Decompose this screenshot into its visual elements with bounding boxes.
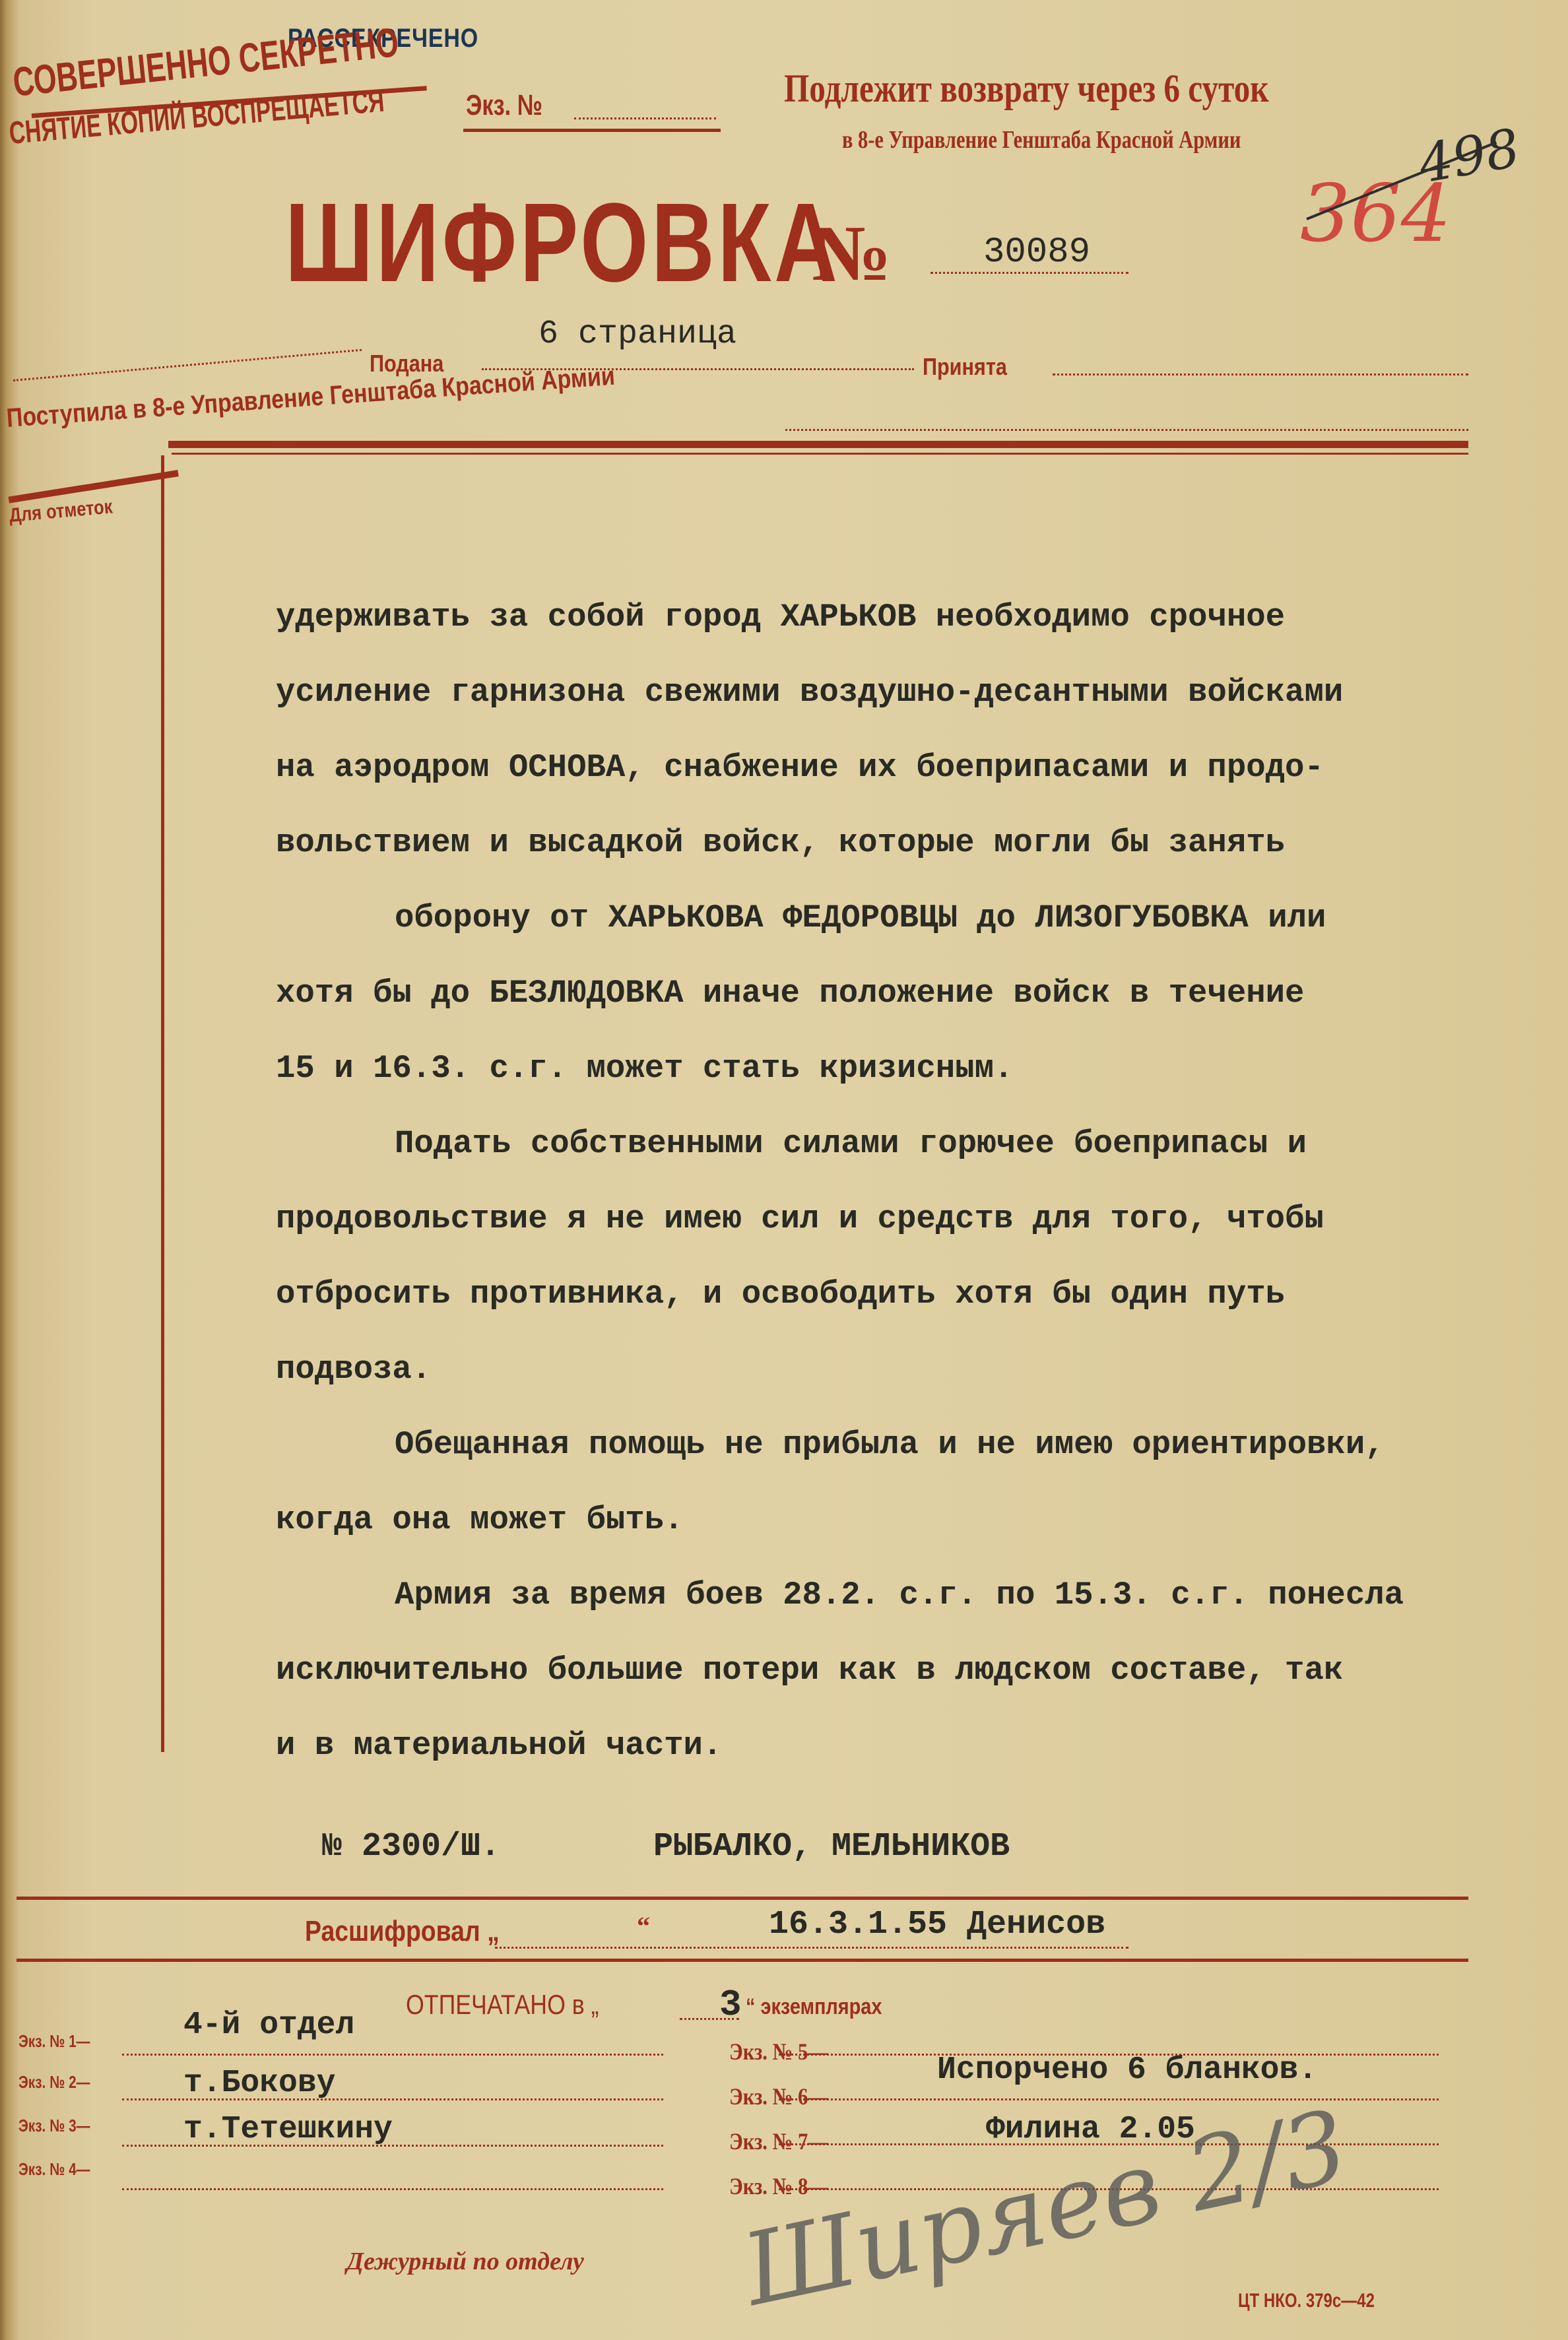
body-line: хотя бы до БЕЗЛЮДОВКА иначе положение во… [276,956,1556,1031]
body-line: подвоза. [276,1332,1556,1407]
decoded-top-rule [16,1897,1468,1900]
signatories: РЫБАЛКО, МЕЛЬНИКОВ [653,1828,1010,1866]
accepted-field[interactable] [1053,374,1468,375]
copy-recipient-1: 4-й отдел [183,2007,354,2043]
submitted-field[interactable] [13,349,362,381]
decoded-field[interactable] [495,1947,1128,1949]
body-line: вольствием и высадкой войск, которые мог… [276,805,1556,880]
body-line: 15 и 16.3. с.г. может стать кризисным. [276,1031,1556,1106]
copy-recipient-2: т.Бокову [183,2065,335,2101]
body-line: Подать собственными силами горючее боепр… [276,1106,1556,1181]
copy-label-7: Экз. № 7— [729,2128,828,2155]
decoded-bottom-rule [16,1959,1468,1962]
copy-line-4[interactable] [122,2188,663,2190]
copy-number-rule [463,129,721,132]
copy-line-1[interactable] [122,2054,663,2056]
return-department: в 8-е Управление Генштаба Красной Армии [842,125,1241,154]
decoded-quote: “ [637,1910,650,1941]
spoiled-forms-note: Испорчено 6 бланков. [937,2052,1317,2088]
document-title: ШИФРОВКА [285,178,840,308]
header-rule-thin [172,453,1468,455]
accepted-label: Принята [923,353,1007,381]
body-line: отбросить противника, и освободить хотя … [276,1256,1556,1332]
submitted-label: Подана [370,350,443,377]
body-line: когда она может быть. [276,1482,1556,1557]
copy-label-6: Экз. № 6— [729,2083,828,2110]
body-line: Обещанная помощь не прибыла и не имею ор… [276,1407,1556,1482]
copy-label-4: Экз. № 4— [18,2159,90,2180]
copy-recipient-3: т.Тетешкину [183,2112,393,2147]
form-code: ЦТ НКО. 379с—42 [1238,2290,1375,2312]
copy-line-3[interactable] [122,2145,663,2147]
copy-number-field[interactable] [574,117,716,119]
duty-officer-label: Дежурный по отделу [346,2247,584,2276]
cipher-number: 30089 [983,232,1090,273]
body-line: исключительно большие потери как в людск… [276,1633,1556,1708]
header-rule [168,441,1468,448]
handwritten-corrected-number: 498 [1414,117,1524,195]
copy-label-3: Экз. № 3— [18,2116,90,2136]
cipher-telegram-page: РАССЕКРЕЧЕНО СОВЕРШЕННО СЕКРЕТНО СНЯТИЕ … [0,0,1568,2340]
page-number: 6 страница [539,315,736,353]
copy-label-5: Экз. № 5— [729,2038,828,2065]
copy-label-2: Экз. № 2— [18,2072,90,2093]
printed-count: 3 [719,1984,742,2026]
copy-label-8: Экз. № 8— [729,2172,828,2200]
printed-unit: “ экземплярах [746,1994,882,2020]
printed-label: ОТПЕЧАТАНО в „ [406,1989,599,2021]
body-line: усиление гарнизона свежими воздушно-деса… [276,655,1556,730]
return-notice: Подлежит возврату через 6 суток [784,66,1269,112]
copy-number-label: Экз. № [466,89,542,122]
copy-label-1: Экз. № 1— [18,2031,90,2052]
copy-line-2[interactable] [122,2098,663,2100]
received-field[interactable] [785,429,1468,431]
body-line: оборону от ХАРЬКОВА ФЕДОРОВЦЫ до ЛИЗОГУБ… [276,880,1556,956]
cipher-number-line [931,272,1128,274]
copy-line-6[interactable] [779,2098,1439,2100]
body-line: продовольствие я не имею сил и средств д… [276,1181,1556,1256]
body-line: и в материальной части. [276,1708,1556,1783]
message-body: удерживать за собой город ХАРЬКОВ необхо… [276,579,1556,1783]
body-line: удерживать за собой город ХАРЬКОВ необхо… [276,579,1556,655]
reference-number: № 2300/Ш. [322,1828,500,1866]
number-sign: № [812,208,892,299]
marks-column-border [161,455,164,1752]
decoded-by-label: Расшифровал „ [305,1915,500,1948]
decoded-by-value: 16.3.1.55 Денисов [769,1906,1105,1943]
body-line: на аэродром ОСНОВА, снабжение их боеприп… [276,730,1556,805]
body-line: Армия за время боев 28.2. с.г. по 15.3. … [276,1557,1556,1633]
